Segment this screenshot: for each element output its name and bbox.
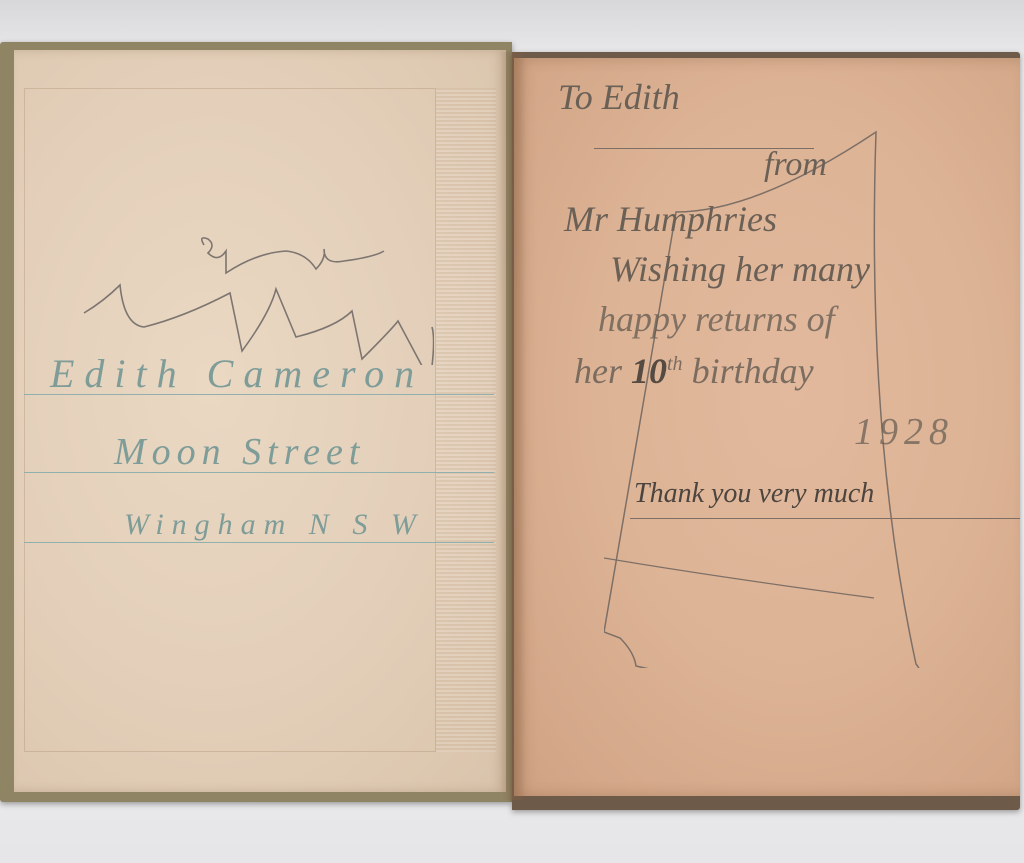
birthday-suffix: th bbox=[667, 353, 683, 375]
inscription-to-text: To Edith bbox=[558, 77, 680, 117]
doodle-scribble bbox=[74, 225, 434, 365]
open-book: Edith Cameron Moon Street Wingham N S W … bbox=[0, 42, 1024, 812]
owner-name: Edith Cameron bbox=[50, 350, 424, 397]
birthday-her: her bbox=[574, 351, 622, 391]
owner-street: Moon Street bbox=[114, 430, 365, 474]
left-page-border bbox=[24, 88, 436, 752]
owner-town: Wingham N S W bbox=[124, 508, 424, 542]
left-page-texture bbox=[436, 88, 496, 752]
inscription-wish: Wishing her many bbox=[610, 248, 870, 290]
left-page: Edith Cameron Moon Street Wingham N S W bbox=[14, 50, 506, 792]
book-gutter bbox=[500, 52, 526, 800]
inscription-from: from bbox=[764, 146, 827, 184]
inscription-thanks: Thank you very much bbox=[634, 478, 874, 510]
inscription-to: To Edith bbox=[558, 76, 680, 118]
birthday-number: 10 bbox=[631, 351, 667, 391]
inscription-birthday: her 10th birthday bbox=[574, 350, 814, 392]
right-page: To Edith from Mr Humphries Wishing her m… bbox=[514, 58, 1020, 796]
thanks-underline bbox=[630, 518, 1020, 519]
birthday-word: birthday bbox=[692, 351, 814, 391]
inscription-giver: Mr Humphries bbox=[564, 198, 777, 240]
ruled-line-3 bbox=[24, 542, 494, 543]
inscription-returns: happy returns of bbox=[598, 298, 835, 340]
inscription-year: 1928 bbox=[854, 410, 954, 454]
